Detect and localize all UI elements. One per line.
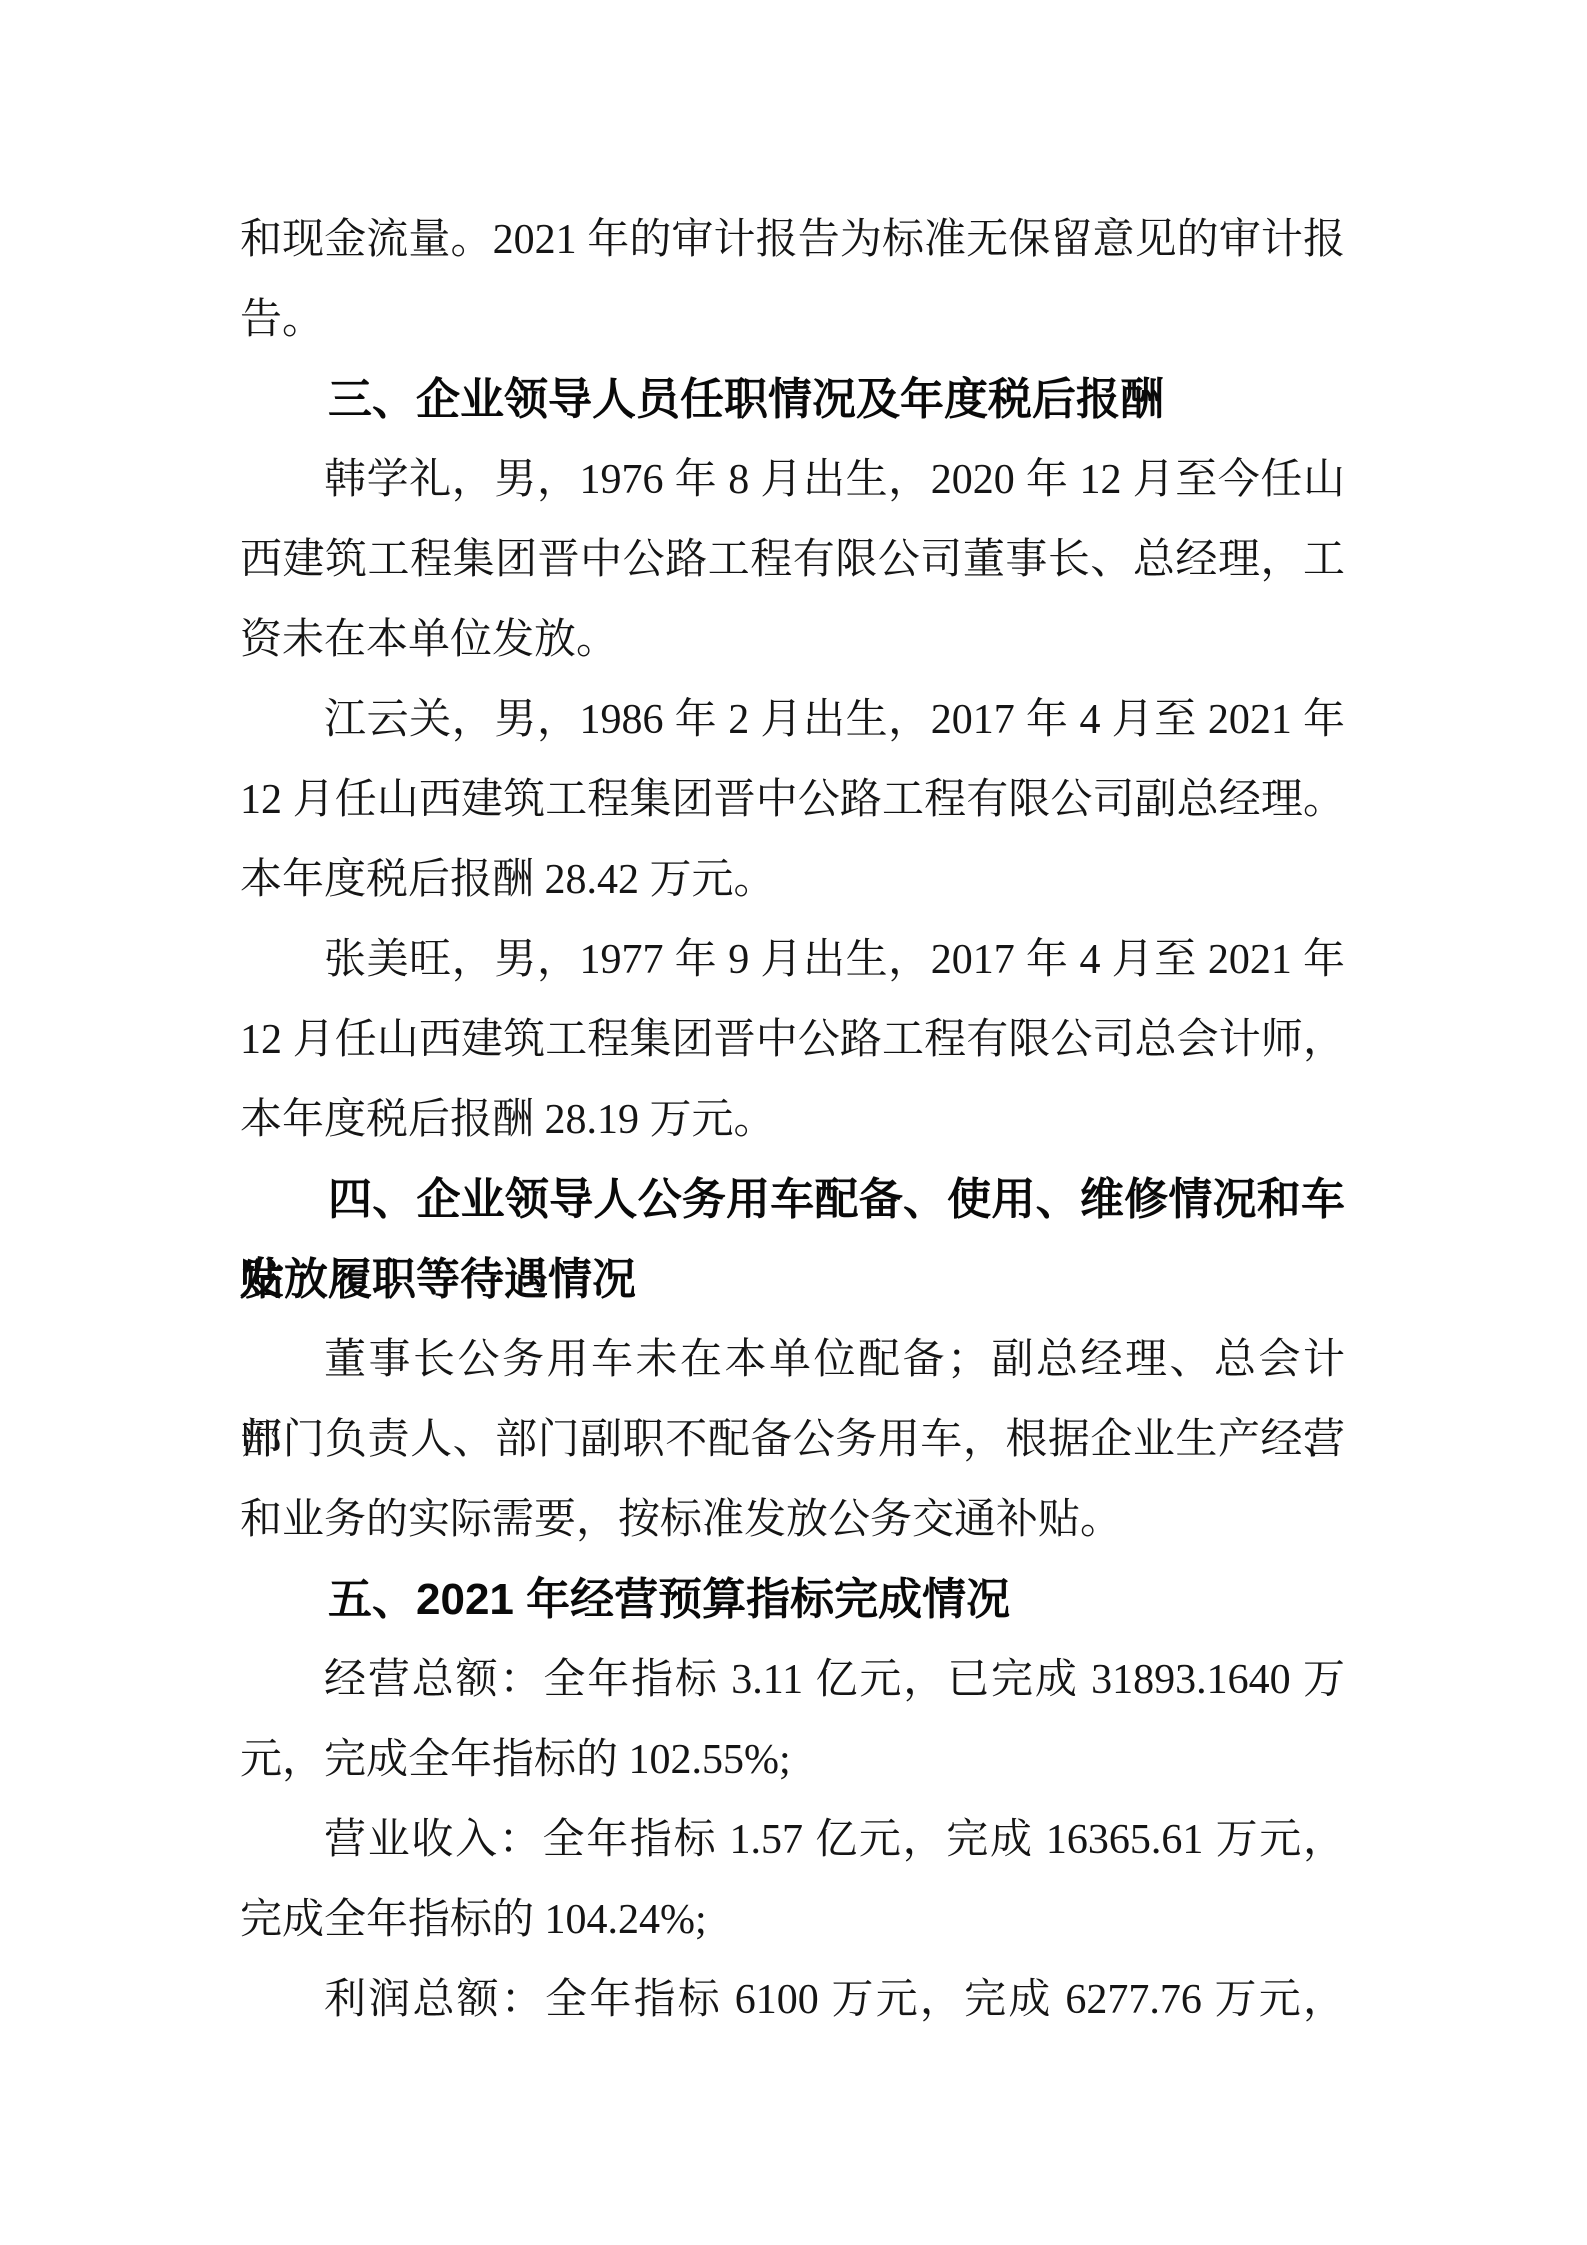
text-line-11: 12 月任山西建筑工程集团晋中公路工程有限公司总会计师， [240, 1000, 1345, 1080]
text-line-4: 韩学礼，男，1976 年 8 月出生，2020 年 12 月至今任山 [240, 440, 1345, 520]
text-block: 和现金流量。2021 年的审计报告为标准无保留意见的审计报 告。 三、企业领导人… [240, 200, 1345, 2040]
text-line-5: 西建筑工程集团晋中公路工程有限公司董事长、总经理，工 [240, 520, 1345, 600]
text-line-7: 江云关，男，1986 年 2 月出生，2017 年 4 月至 2021 年 [240, 680, 1345, 760]
text-line-16: 部门负责人、部门副职不配备公务用车，根据企业生产经营 [240, 1400, 1345, 1480]
section-5-heading: 五、2021 年经营预算指标完成情况 [240, 1560, 1345, 1640]
text-line-12: 本年度税后报酬 28.19 万元。 [240, 1080, 1345, 1160]
text-line-8: 12 月任山西建筑工程集团晋中公路工程有限公司副总经理。 [240, 760, 1345, 840]
text-line-9: 本年度税后报酬 28.42 万元。 [240, 840, 1345, 920]
section-4-heading-line-1: 四、企业领导人公务用车配备、使用、维修情况和车贴 [240, 1160, 1345, 1240]
text-line-10: 张美旺，男，1977 年 9 月出生，2017 年 4 月至 2021 年 [240, 920, 1345, 1000]
text-line-1: 和现金流量。2021 年的审计报告为标准无保留意见的审计报 [240, 200, 1345, 280]
text-line-2: 告。 [240, 280, 1345, 360]
text-line-17: 和业务的实际需要，按标准发放公务交通补贴。 [240, 1480, 1345, 1560]
text-line-20: 元，完成全年指标的 102.55%; [240, 1720, 1345, 1800]
section-3-heading: 三、企业领导人员任职情况及年度税后报酬 [240, 360, 1345, 440]
text-line-22: 完成全年指标的 104.24%; [240, 1880, 1345, 1960]
text-line-21: 营业收入：全年指标 1.57 亿元，完成 16365.61 万元， [240, 1800, 1345, 1880]
document-page: 和现金流量。2021 年的审计报告为标准无保留意见的审计报 告。 三、企业领导人… [0, 0, 1587, 2245]
text-line-19: 经营总额：全年指标 3.11 亿元，已完成 31893.1640 万 [240, 1640, 1345, 1720]
section-4-heading-line-2: 发放履职等待遇情况 [240, 1240, 1345, 1320]
text-line-23: 利润总额：全年指标 6100 万元，完成 6277.76 万元， [240, 1960, 1345, 2040]
text-line-15: 董事长公务用车未在本单位配备；副总经理、总会计师、 [240, 1320, 1345, 1400]
text-line-6: 资未在本单位发放。 [240, 600, 1345, 680]
